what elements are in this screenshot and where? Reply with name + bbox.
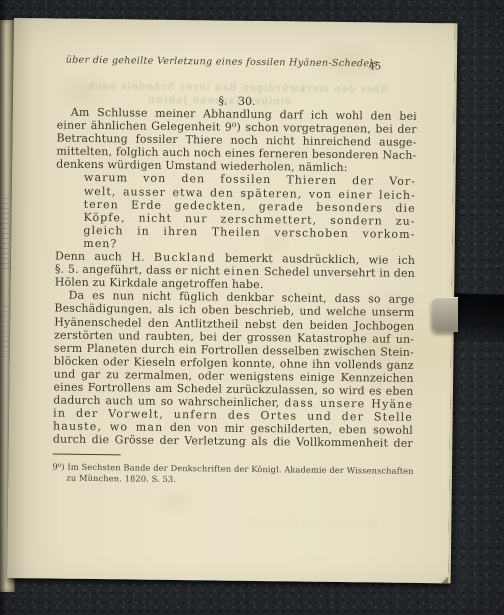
quote-block: warum von den fossilen Thieren der Vor-w… [55, 171, 416, 254]
para-block: Am Schlusse meiner Abhandlung darf ich w… [56, 106, 417, 176]
text-segment: zu München. 1820. S. 53. [66, 473, 176, 484]
book-photo: über den merkwürdigen Bau ihres Schedels… [0, 0, 504, 615]
book-page: über den merkwürdigen Bau ihres Schedels… [7, 18, 455, 583]
text-segment: einen [224, 265, 261, 278]
gutter-shadow [0, 0, 6, 615]
text-segment: Schedel unversehrt in den [260, 265, 415, 280]
text-segment: hauste, wo man [53, 420, 164, 434]
body-text: Am Schlusse meiner Abhandlung darf ich w… [53, 106, 417, 451]
page-clip-tab [431, 297, 458, 332]
footnote-rule [53, 454, 121, 456]
running-header: über die geheilte Verletzung eines fossi… [57, 55, 389, 70]
show-through-line: geschilderten Zustande [78, 516, 378, 530]
para-block: Da es nun nicht füglich denkbar scheint,… [53, 289, 415, 451]
page-corner-fold [439, 574, 448, 583]
para-block: Denn auch H. Buckland bemerkt ausdrückli… [55, 250, 415, 294]
text-segment: Buckland [154, 251, 216, 265]
footnote-text: 9⁰) Im Sechsten Bande der Denkschriften … [52, 462, 416, 488]
text-segment: Denn auch H. [55, 250, 154, 264]
text-segment: men? [83, 237, 117, 250]
page-number: 45 [368, 61, 381, 72]
